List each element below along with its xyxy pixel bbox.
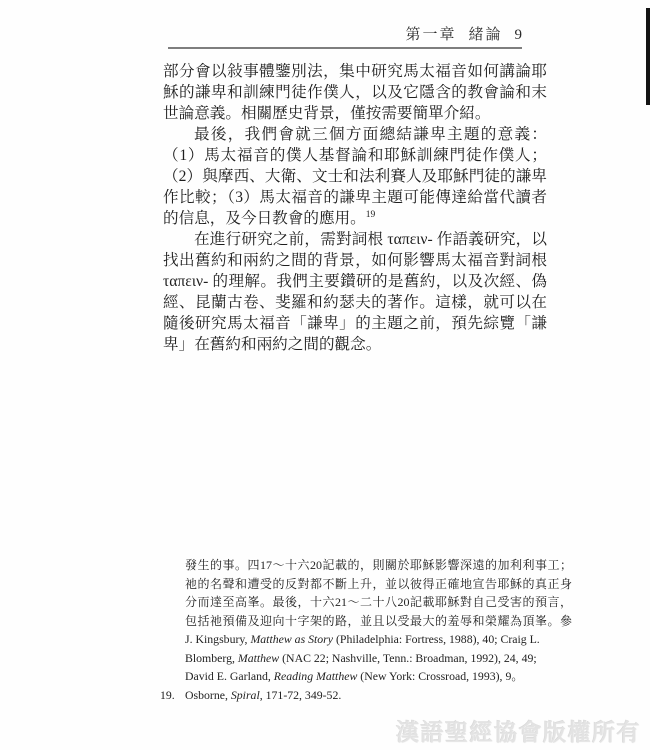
footnote-18-reference: J. Kingsbury, Matthew as Story (Philadel… [185, 630, 572, 649]
body-line: 卑」在舊約和兩約之間的觀念。 [163, 334, 547, 355]
citation-text: (New York: Crossroad, 1993), 9。 [357, 669, 523, 683]
footnotes: 發生的事。四17～十六20記載的，則關於耶穌影響深遠的加利利事工； 祂的名聲和遭… [160, 556, 572, 704]
running-head-rule [168, 47, 522, 49]
citation-text: David E. Garland, [185, 669, 274, 683]
citation-text: J. Kingsbury, [185, 632, 250, 646]
footnote-18-line: 包括祂預備及迎向十字架的路，並且以受最大的羞辱和榮耀為頂峯。參 [185, 612, 572, 631]
running-head-chapter: 第一章 [405, 23, 456, 44]
footnote-18-line: 祂的名聲和遭受的反對都不斷上升，並以彼得正確地宣告耶穌的真正身 [185, 575, 572, 594]
body-line: （1）馬太福音的僕人基督論和耶穌訓練門徒作僕人； [163, 145, 547, 166]
body-line: 經、昆蘭古卷、斐羅和約瑟夫的著作。這樣，就可以在 [163, 292, 547, 313]
citation-text: Osborne, [185, 688, 231, 702]
citation-title: Spiral [231, 688, 260, 702]
footnote-18-line: 發生的事。四17～十六20記載的，則關於耶穌影響深遠的加利利事工； [185, 556, 572, 575]
copyright-watermark: 漢語聖經協會版權所有 [396, 714, 641, 747]
running-head-title: 緒論 [468, 23, 502, 44]
body-line: 隨後研究馬太福音「謙卑」的主題之前，預先綜覽「謙 [163, 313, 547, 334]
citation-text: (Philadelphia: Fortress, 1988), 40; Crai… [333, 632, 540, 646]
body-line: ταπειν- 的理解。我們主要鑽研的是舊約，以及次經、偽 [163, 271, 547, 292]
citation-title: Reading Matthew [274, 669, 358, 683]
footnote-number: 19. [160, 686, 185, 705]
footnote-19-text: Osborne, Spiral, 171-72, 349-52. [185, 686, 572, 705]
body-line: 的信息，及今日教會的應用。19 [163, 208, 547, 229]
citation-text: Blomberg, [185, 651, 238, 665]
citation-title: Matthew as Story [250, 632, 333, 646]
body-line: 最後，我們會就三個方面總結謙卑主題的意義： [163, 124, 547, 145]
body-line: 穌的謙卑和訓練門徒作僕人，以及它隱含的教會論和末 [163, 82, 547, 103]
body-line: （2）與摩西、大衛、文士和法利賽人及耶穌門徒的謙卑 [163, 166, 547, 187]
footnote-18-reference: David E. Garland, Reading Matthew (New Y… [185, 667, 572, 686]
running-head-page-number: 9 [515, 27, 523, 44]
book-page: 第一章 緒論 9 部分會以敍事體鑒別法，集中研究馬太福音如何講論耶 穌的謙卑和訓… [0, 0, 650, 750]
citation-text: (NAC 22; Nashville, Tenn.: Broadman, 199… [279, 651, 536, 665]
body-text: 部分會以敍事體鑒別法，集中研究馬太福音如何講論耶 穌的謙卑和訓練門徒作僕人，以及… [163, 61, 547, 355]
citation-title: Matthew [238, 651, 279, 665]
body-line: 部分會以敍事體鑒別法，集中研究馬太福音如何講論耶 [163, 61, 547, 82]
body-line: 在進行研究之前，需對詞根 ταπειν- 作語義研究，以 [163, 229, 547, 250]
footnote-18-reference: Blomberg, Matthew (NAC 22; Nashville, Te… [185, 649, 572, 668]
scan-edge-artifact-bar [646, 8, 650, 105]
footnote-19: 19. Osborne, Spiral, 171-72, 349-52. [160, 686, 572, 705]
body-line: 找出舊約和兩約之間的背景，如何影響馬太福音對詞根 [163, 250, 547, 271]
running-head: 第一章 緒論 9 [168, 23, 522, 44]
footnote-ref-19: 19 [366, 210, 376, 220]
footnote-18-line: 分而達至高峯。最後，十六21～二十八20記載耶穌對自己受害的預言， [185, 593, 572, 612]
body-line-text: 的信息，及今日教會的應用。 [163, 210, 366, 227]
body-line: 作比較；（3）馬太福音的謙卑主題可能傳達給當代讀者 [163, 187, 547, 208]
body-line: 世論意義。相關歷史背景，僅按需要簡單介紹。 [163, 103, 547, 124]
citation-text: , 171-72, 349-52. [260, 688, 342, 702]
